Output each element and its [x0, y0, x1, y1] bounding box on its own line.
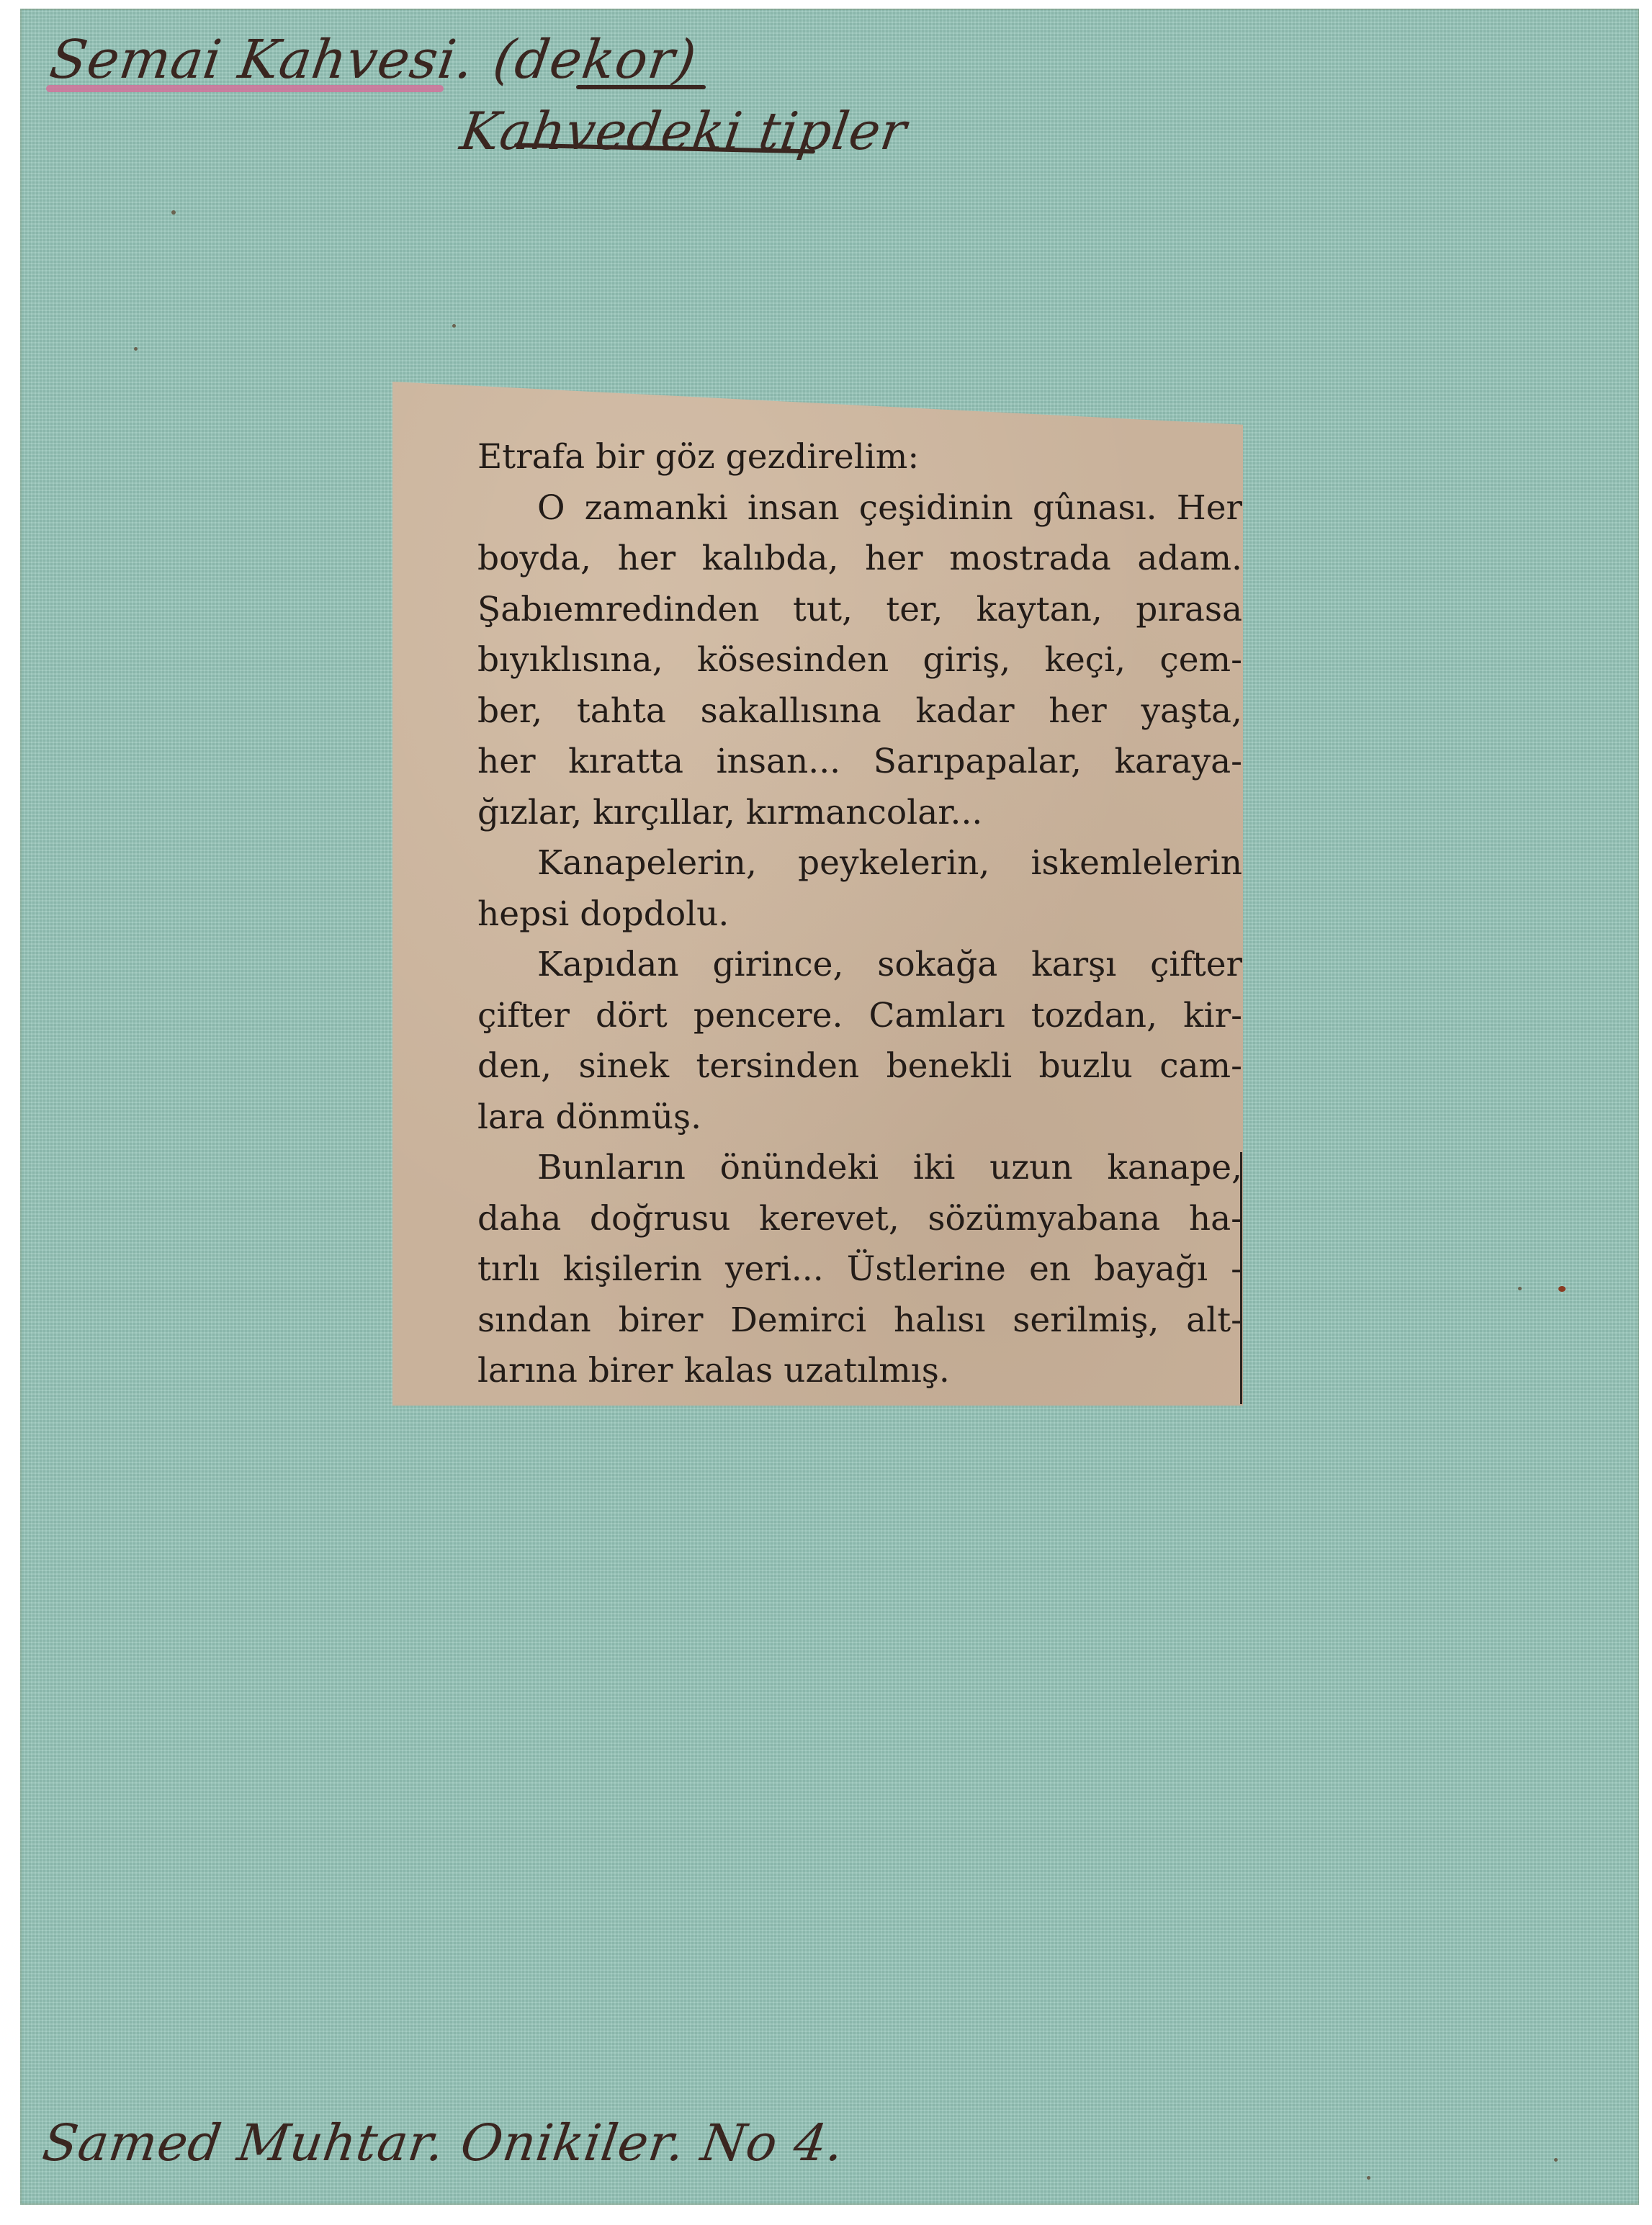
handwritten-title-paren: (dekor): [490, 29, 701, 91]
speck: [452, 324, 456, 328]
article-line: ğızlar, kırçıllar, kırmancolar...: [477, 788, 1242, 839]
article-line: den, sinek tersinden benekli buzlu cam-: [477, 1041, 1242, 1092]
article-line: hepsi dopdolu.: [477, 889, 1242, 940]
article-line: larına birer kalas uzatılmış.: [477, 1346, 1242, 1397]
newspaper-clipping: Etrafa bir göz gezdirelim:O zamanki insa…: [392, 382, 1243, 1406]
speck: [1558, 1286, 1566, 1292]
article-line: her kıratta insan... Sarıpapalar, karaya…: [477, 737, 1242, 788]
article-line: ber, tahta sakallısına kadar her yaşta,: [477, 686, 1242, 737]
article-line: Şabıemredinden tut, ter, kaytan, pırasa: [477, 585, 1242, 636]
pink-underline: [46, 85, 444, 92]
article-line: tırlı kişilerin yeri... Üstlerine en bay…: [477, 1244, 1242, 1295]
article-line: Kapıdan girince, sokağa karşı çifter: [477, 940, 1242, 991]
dekor-underline: [576, 85, 706, 89]
handwritten-subtitle: Kahvedeki tipler: [457, 101, 911, 161]
speck: [171, 210, 176, 215]
article-line: Etrafa bir göz gezdirelim:: [477, 432, 1242, 483]
article-line: Bunların önündeki iki uzun kanape,: [477, 1143, 1242, 1194]
speck: [1518, 1287, 1522, 1290]
article-text: Etrafa bir göz gezdirelim:O zamanki insa…: [477, 432, 1242, 1397]
handwritten-footer: Samed Muhtar. Onikiler. No 4.: [39, 2113, 848, 2172]
article-line: sından birer Demirci halısı serilmiş, al…: [477, 1295, 1242, 1347]
article-line: bıyıklısına, kösesinden giriş, keçi, çem…: [477, 635, 1242, 686]
speck: [134, 347, 138, 351]
article-line: daha doğrusu kerevet, sözümyabana ha-: [477, 1194, 1242, 1245]
article-line: çifter dört pencere. Camları tozdan, kir…: [477, 991, 1242, 1042]
handwritten-title: Semai Kahvesi.(dekor): [46, 29, 701, 91]
article-line: O zamanki insan çeşidinin gûnası. Her: [477, 483, 1242, 534]
article-line: lara dönmüş.: [477, 1092, 1242, 1143]
handwritten-title-text: Semai Kahvesi.: [46, 29, 478, 91]
speck: [1367, 2176, 1370, 2180]
speck: [1554, 2158, 1558, 2162]
column-rule: [1240, 1152, 1242, 1404]
article-line: boyda, her kalıbda, her mostrada adam.: [477, 534, 1242, 585]
article-line: Kanapelerin, peykelerin, iskemlelerin: [477, 838, 1242, 889]
